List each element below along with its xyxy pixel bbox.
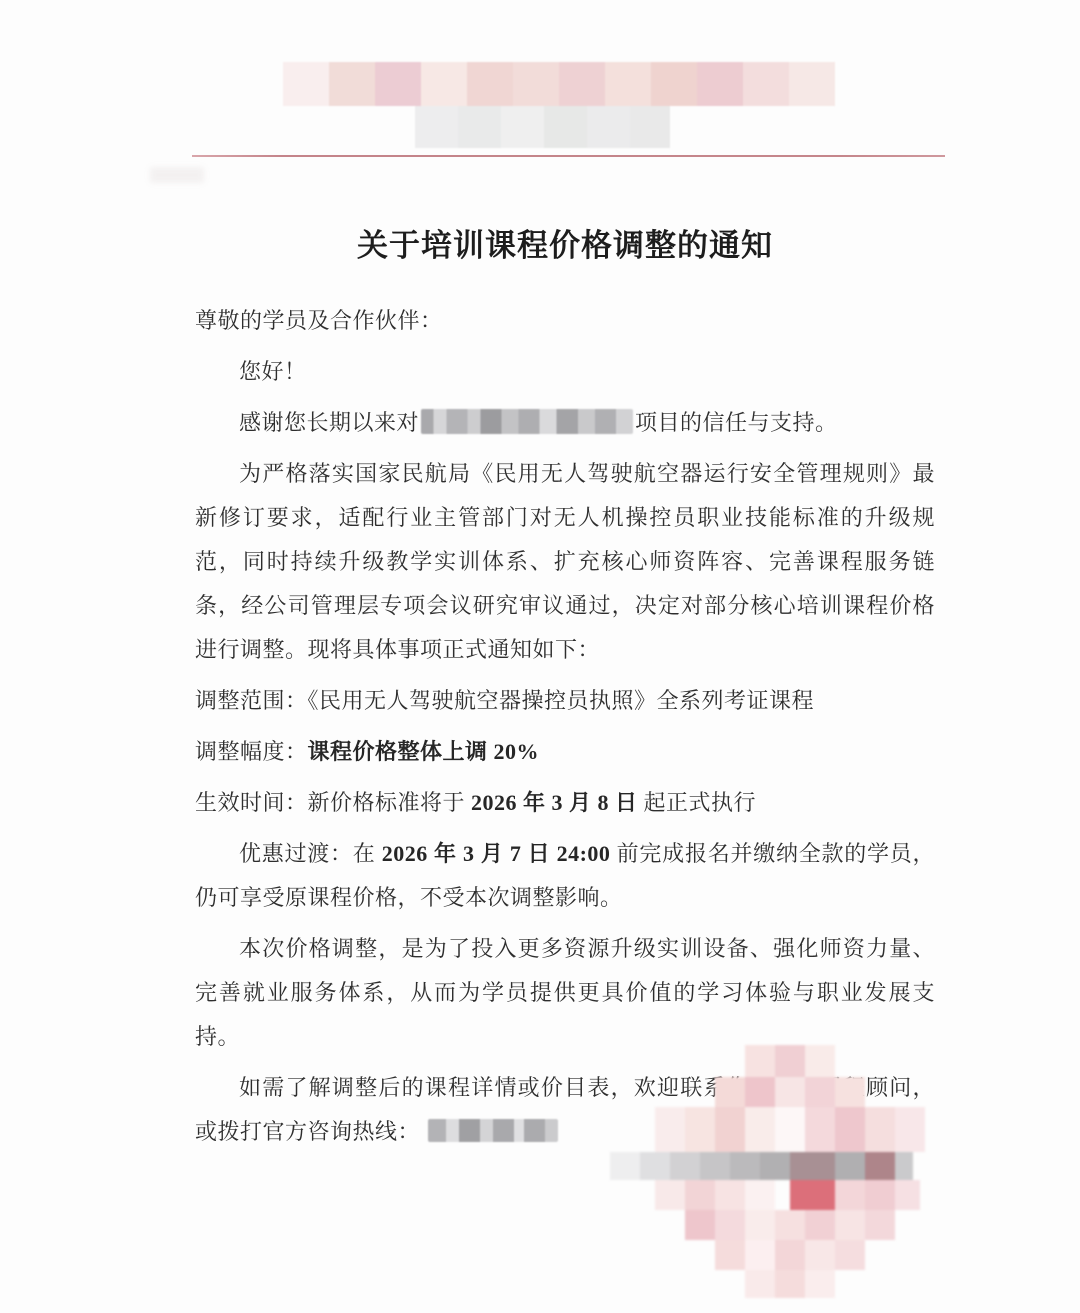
magnitude-label: 调整幅度： xyxy=(195,739,308,764)
intro-paragraph: 为严格落实国家民航局《民用无人驾驶航空器运行安全管理规则》最新修订要求，适配行业… xyxy=(195,452,935,672)
redacted-company-name xyxy=(421,409,633,434)
effective-label: 生效时间： xyxy=(195,790,308,815)
effective-prefix: 新价格标准将于 xyxy=(308,790,472,815)
thanks-prefix: 感谢您长期以来对 xyxy=(239,410,419,435)
effective-line: 生效时间：新价格标准将于 2026 年 3 月 8 日 起正式执行 xyxy=(195,781,935,825)
scope-line: 调整范围：《民用无人驾驶航空器操控员执照》全系列考证课程 xyxy=(195,679,935,723)
transition-prefix: 在 xyxy=(353,841,382,866)
magnitude-value: 课程价格整体上调 20% xyxy=(308,739,540,764)
greeting: 您好！ xyxy=(195,350,935,394)
effective-suffix: 起正式执行 xyxy=(638,790,757,815)
scope-label: 调整范围： xyxy=(195,688,308,713)
transition-deadline: 2026 年 3 月 7 日 24:00 xyxy=(382,841,611,866)
redacted-phone-number xyxy=(428,1119,558,1142)
magnitude-line: 调整幅度：课程价格整体上调 20% xyxy=(195,730,935,774)
redacted-logo-mosaic xyxy=(283,62,843,152)
transition-label: 优惠过渡： xyxy=(239,841,353,866)
letter-body: 关于培训课程价格调整的通知 尊敬的学员及合作伙伴： 您好！ 感谢您长期以来对项目… xyxy=(195,220,935,1161)
effective-date: 2026 年 3 月 8 日 xyxy=(471,790,638,815)
page-title: 关于培训课程价格调整的通知 xyxy=(195,220,935,265)
transition-paragraph: 优惠过渡：在 2026 年 3 月 7 日 24:00 前完成报名并缴纳全款的学… xyxy=(195,832,935,920)
notice-document: 关于培训课程价格调整的通知 尊敬的学员及合作伙伴： 您好！ 感谢您长期以来对项目… xyxy=(0,0,1080,1313)
thanks-line: 感谢您长期以来对项目的信任与支持。 xyxy=(195,401,935,445)
salutation: 尊敬的学员及合作伙伴： xyxy=(195,299,935,343)
thanks-suffix: 项目的信任与支持。 xyxy=(635,410,838,435)
header-divider xyxy=(192,155,945,157)
photo-smudge xyxy=(150,167,204,183)
scope-value: 《民用无人驾驶航空器操控员执照》全系列考证课程 xyxy=(308,688,815,713)
company-seal-mosaic xyxy=(595,1032,965,1302)
